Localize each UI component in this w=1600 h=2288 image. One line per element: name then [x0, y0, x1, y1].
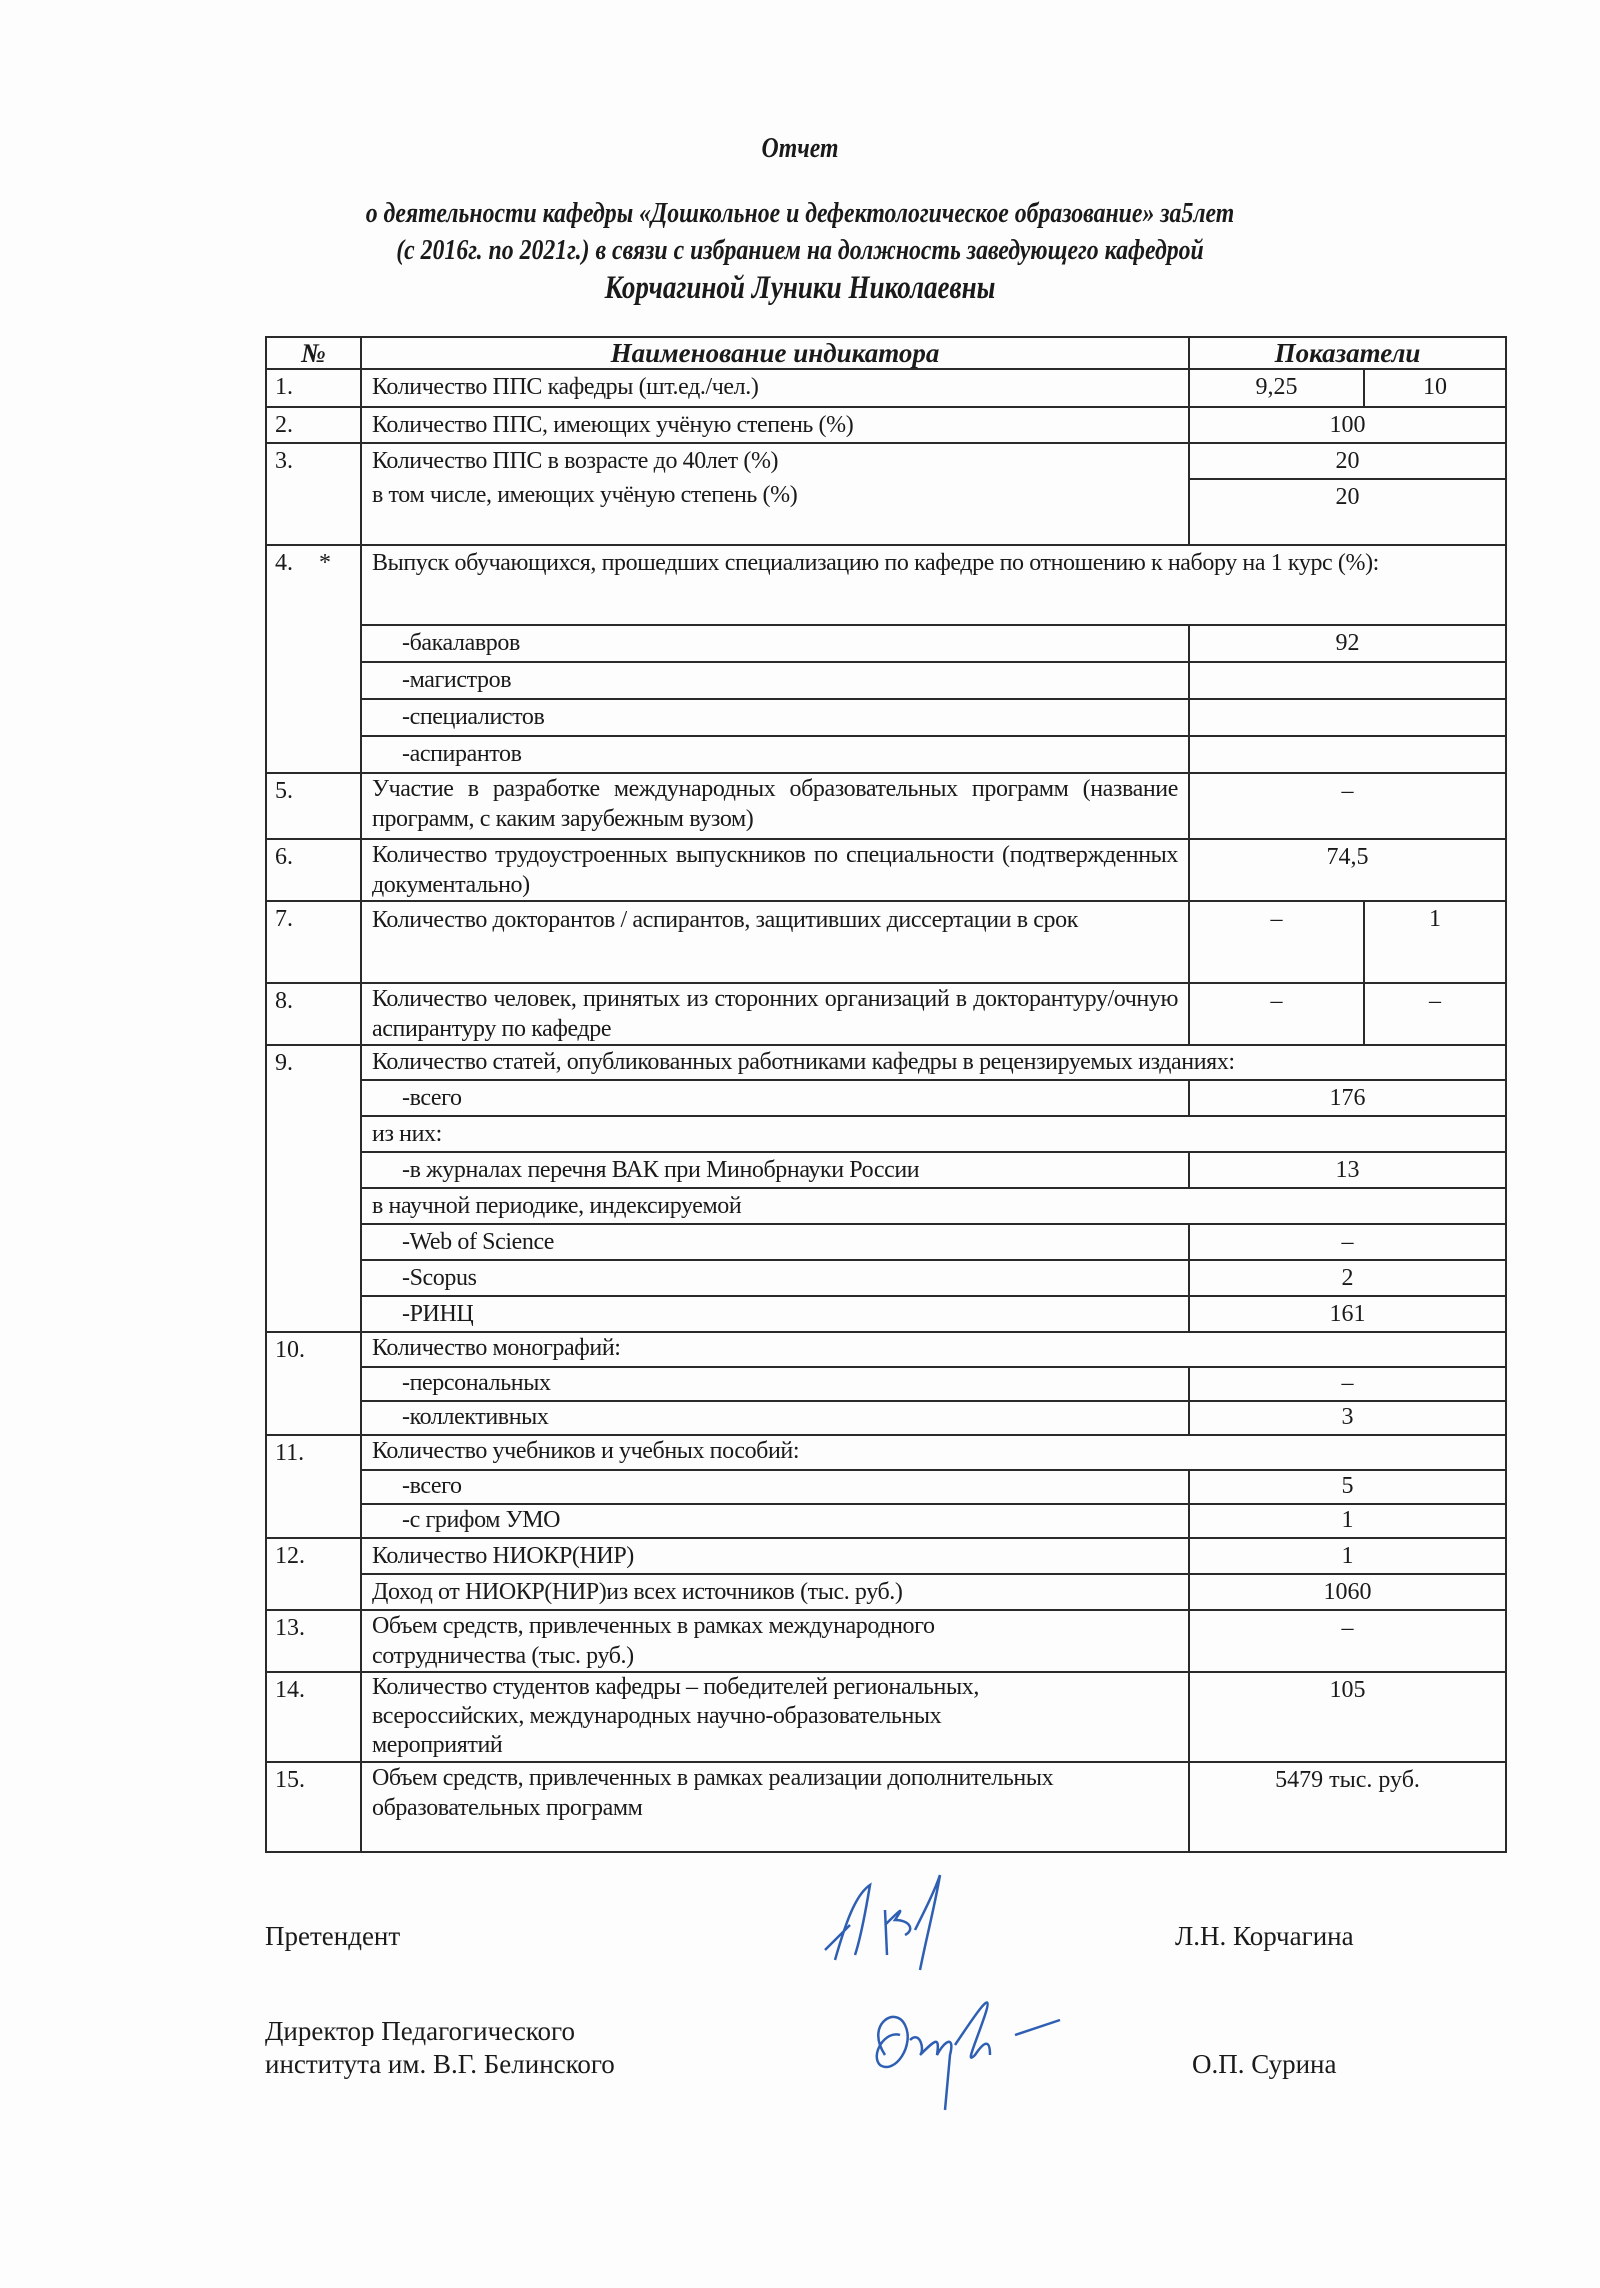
table-row: 11. Количество учебников и учебных пособ…	[266, 1435, 1506, 1470]
row-label: Количество статей, опубликованных работн…	[361, 1045, 1506, 1080]
row-label: Количество трудоустроенных выпускников п…	[361, 839, 1189, 901]
table-row: 5. Участие в разработке международных об…	[266, 773, 1506, 839]
sub-item-value: 1	[1189, 1504, 1506, 1538]
row-value: 105	[1189, 1672, 1506, 1762]
table-row: -с грифом УМО 1	[266, 1504, 1506, 1538]
row-number: 13.	[266, 1610, 361, 1672]
row-label: Выпуск обучающихся, прошедших специализа…	[361, 545, 1506, 625]
row-number-spacer	[266, 625, 361, 662]
sub-item-value	[1189, 736, 1506, 773]
row-number-spacer	[266, 662, 361, 699]
row-label: Количество монографий:	[361, 1332, 1506, 1367]
indicators-table: № Наименование индикатора Показатели 1. …	[265, 336, 1507, 1853]
row-label: Объем средств, привлеченных в рамках реа…	[361, 1762, 1189, 1852]
row-value-2: 1	[1364, 901, 1506, 983]
row-value: –	[1189, 1610, 1506, 1672]
row-label: Количество учебников и учебных пособий:	[361, 1435, 1506, 1470]
table-row: -всего 5	[266, 1470, 1506, 1504]
table-row: 3. Количество ППС в возрасте до 40лет (%…	[266, 443, 1506, 479]
row-number: 7.	[266, 901, 361, 983]
table-row: 4.* Выпуск обучающихся, прошедших специа…	[266, 545, 1506, 625]
row-value-1: –	[1189, 901, 1364, 983]
row-label: Количество НИОКР(НИР)	[361, 1538, 1189, 1574]
row-number-spacer	[266, 1401, 361, 1435]
row-number-spacer	[266, 1367, 361, 1401]
director-signature	[865, 1985, 1105, 2115]
row-number: 14.	[266, 1672, 361, 1762]
row-number-spacer	[266, 1152, 361, 1188]
sub-heading: из них:	[361, 1116, 1506, 1152]
sub-item-label: -коллективных	[361, 1401, 1189, 1435]
row-value-1: 9,25	[1189, 369, 1364, 407]
row-number-spacer	[266, 1224, 361, 1260]
row-number-spacer	[266, 699, 361, 736]
row-value-2: –	[1364, 983, 1506, 1045]
row-label-line-2: в том числе, имеющих учёную степень (%)	[372, 478, 1178, 512]
row-number: 4.*	[266, 545, 361, 625]
director-role: Директор Педагогического института им. В…	[265, 2015, 615, 2081]
row-number-spacer	[266, 1188, 361, 1224]
row-label: Количество докторантов / аспирантов, защ…	[361, 901, 1189, 983]
director-role-line-2: института им. В.Г. Белинского	[265, 2048, 615, 2081]
sub-item-label: -всего	[361, 1080, 1189, 1116]
row-number: 5.	[266, 773, 361, 839]
table-row: 10. Количество монографий:	[266, 1332, 1506, 1367]
row-label: Количество студентов кафедры – победител…	[361, 1672, 1189, 1762]
subtitle-line-2: (с 2016г. по 2021г.) в связи с избранием…	[144, 232, 1456, 269]
row-value: 100	[1189, 407, 1506, 443]
row-value-1: 20	[1189, 443, 1506, 479]
table-row: 8. Количество человек, принятых из сторо…	[266, 983, 1506, 1045]
table-row: -специалистов	[266, 699, 1506, 736]
table-row: 14. Количество студентов кафедры – побед…	[266, 1672, 1506, 1762]
row-number-spacer	[266, 1574, 361, 1610]
sub-item-label: -аспирантов	[361, 736, 1189, 773]
sub-item-label: -магистров	[361, 662, 1189, 699]
row-number: 2.	[266, 407, 361, 443]
table-row: -аспирантов	[266, 736, 1506, 773]
table-row: 15. Объем средств, привлеченных в рамках…	[266, 1762, 1506, 1852]
sub-heading: в научной периодике, индексируемой	[361, 1188, 1506, 1224]
director-name: О.П. Сурина	[1192, 2048, 1336, 2081]
table-row: 6. Количество трудоустроенных выпускнико…	[266, 839, 1506, 901]
candidate-name: Л.Н. Корчагина	[1175, 1920, 1354, 1953]
sub-item-value	[1189, 699, 1506, 736]
sub-item-label: -Web of Science	[361, 1224, 1189, 1260]
candidate-name-heading: Корчагиной Луники Николаевны	[144, 270, 1456, 307]
table-row: -в журналах перечня ВАК при Минобрнауки …	[266, 1152, 1506, 1188]
sub-item-value: 5	[1189, 1470, 1506, 1504]
row-number-spacer	[266, 1296, 361, 1332]
row-value: 1	[1189, 1538, 1506, 1574]
row-number: 9.	[266, 1045, 361, 1080]
table-row: -магистров	[266, 662, 1506, 699]
row-label: Количество ППС в возрасте до 40лет (%) в…	[361, 443, 1189, 545]
table-row: -Web of Science –	[266, 1224, 1506, 1260]
sub-item-label: -всего	[361, 1470, 1189, 1504]
row-number: 10.	[266, 1332, 361, 1367]
header-number: №	[266, 337, 361, 369]
row-value: 5479 тыс. руб.	[1189, 1762, 1506, 1852]
sub-item-value: 92	[1189, 625, 1506, 662]
sub-item-value: 13	[1189, 1152, 1506, 1188]
row-number-text: 4.	[275, 550, 293, 576]
sub-item-label: -РИНЦ	[361, 1296, 1189, 1332]
row-number: 3.	[266, 443, 361, 545]
row-number: 15.	[266, 1762, 361, 1852]
row-number-spacer	[266, 1260, 361, 1296]
candidate-signature	[815, 1865, 975, 1975]
table-row: 1. Количество ППС кафедры (шт.ед./чел.) …	[266, 369, 1506, 407]
table-row: из них:	[266, 1116, 1506, 1152]
row-value-2: 10	[1364, 369, 1506, 407]
document-subtitle: о деятельности кафедры «Дошкольное и деф…	[144, 195, 1456, 269]
sub-item-value: 176	[1189, 1080, 1506, 1116]
row-value: –	[1189, 773, 1506, 839]
table-row: 9. Количество статей, опубликованных раб…	[266, 1045, 1506, 1080]
income-value: 1060	[1189, 1574, 1506, 1610]
table-row: 2. Количество ППС, имеющих учёную степен…	[266, 407, 1506, 443]
sub-item-label: -с грифом УМО	[361, 1504, 1189, 1538]
table-row: Доход от НИОКР(НИР)из всех источников (т…	[266, 1574, 1506, 1610]
row-label-line-1: Количество ППС в возрасте до 40лет (%)	[372, 444, 1178, 478]
row-number: 12.	[266, 1538, 361, 1574]
sub-item-value	[1189, 662, 1506, 699]
header-values: Показатели	[1189, 337, 1506, 369]
row-number: 1.	[266, 369, 361, 407]
sub-item-label: -персональных	[361, 1367, 1189, 1401]
candidate-role: Претендент	[265, 1920, 400, 1953]
row-label: Количество ППС кафедры (шт.ед./чел.)	[361, 369, 1189, 407]
row-number: 6.	[266, 839, 361, 901]
row-number-spacer	[266, 736, 361, 773]
table-row: -всего 176	[266, 1080, 1506, 1116]
table-row: 13. Объем средств, привлеченных в рамках…	[266, 1610, 1506, 1672]
row-label: Количество ППС, имеющих учёную степень (…	[361, 407, 1189, 443]
table-row: -коллективных 3	[266, 1401, 1506, 1435]
row-value-2: 20	[1189, 479, 1506, 545]
row-value-1: –	[1189, 983, 1364, 1045]
table-row: 12. Количество НИОКР(НИР) 1	[266, 1538, 1506, 1574]
table-row: -РИНЦ 161	[266, 1296, 1506, 1332]
sub-item-label: -в журналах перечня ВАК при Минобрнауки …	[361, 1152, 1189, 1188]
subtitle-line-1: о деятельности кафедры «Дошкольное и деф…	[144, 195, 1456, 232]
row-number-spacer	[266, 1116, 361, 1152]
row-number: 8.	[266, 983, 361, 1045]
sub-item-label: -бакалавров	[361, 625, 1189, 662]
sub-item-label: -специалистов	[361, 699, 1189, 736]
row-label: Объем средств, привлеченных в рамках меж…	[361, 1610, 1189, 1672]
table-row: -персональных –	[266, 1367, 1506, 1401]
row-number-spacer	[266, 1504, 361, 1538]
director-role-line-1: Директор Педагогического	[265, 2015, 615, 2048]
sub-item-value: 3	[1189, 1401, 1506, 1435]
table-header-row: № Наименование индикатора Показатели	[266, 337, 1506, 369]
sub-item-value: 2	[1189, 1260, 1506, 1296]
row-number-spacer	[266, 1080, 361, 1116]
row-label: Количество человек, принятых из сторонни…	[361, 983, 1189, 1045]
header-indicator: Наименование индикатора	[361, 337, 1189, 369]
table-row: -бакалавров 92	[266, 625, 1506, 662]
document-title: Отчет	[144, 132, 1456, 165]
income-label: Доход от НИОКР(НИР)из всех источников (т…	[361, 1574, 1189, 1610]
row-label: Участие в разработке международных образ…	[361, 773, 1189, 839]
table-row: в научной периодике, индексируемой	[266, 1188, 1506, 1224]
sub-item-value: –	[1189, 1367, 1506, 1401]
asterisk-mark: *	[319, 550, 331, 576]
row-number: 11.	[266, 1435, 361, 1470]
sub-item-value: 161	[1189, 1296, 1506, 1332]
table-row: -Scopus 2	[266, 1260, 1506, 1296]
sub-item-value: –	[1189, 1224, 1506, 1260]
row-value: 74,5	[1189, 839, 1506, 901]
row-number-spacer	[266, 1470, 361, 1504]
sub-item-label: -Scopus	[361, 1260, 1189, 1296]
table-row: 7. Количество докторантов / аспирантов, …	[266, 901, 1506, 983]
